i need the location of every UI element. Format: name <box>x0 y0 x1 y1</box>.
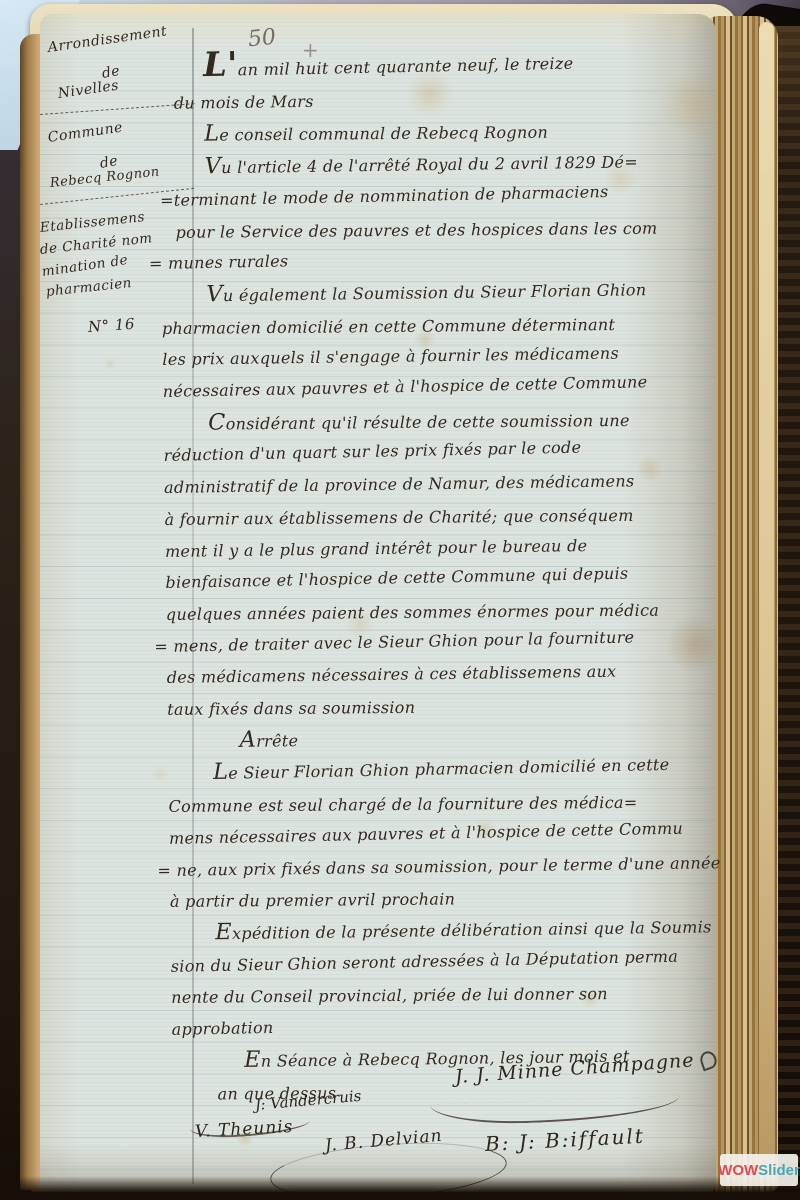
watermark: WOWSlider <box>720 1154 798 1186</box>
margin-subject-line: de Charité nom <box>39 230 153 258</box>
margin-subject-line: pharmacien <box>45 275 132 300</box>
book-photograph: 50 + Arrondissement de Nivelles Commune … <box>0 0 800 1200</box>
signature-theunis: V. Theunis <box>194 1117 293 1142</box>
manuscript-line: du mois de Mars <box>159 80 715 119</box>
margin-arrondissement-line: Nivelles <box>57 78 120 102</box>
watermark-slider-text: Slider <box>758 1162 800 1179</box>
manuscript-page: 50 + Arrondissement de Nivelles Commune … <box>40 14 716 1190</box>
manuscript-line: = ne, aux prix fixés dans sa soumission,… <box>157 847 725 887</box>
act-number: N° 16 <box>87 315 135 336</box>
margin-commune-line: Commune <box>47 120 124 146</box>
manuscript-line: des médicamens nécessaires à ces établis… <box>167 655 723 694</box>
manuscript-line: administratif de la province de Namur, d… <box>164 464 720 503</box>
watermark-wow-text: WOW <box>718 1162 758 1179</box>
paraph-flourish-icon <box>698 1049 719 1071</box>
manuscript-line: Vu également la Soumission du Sieur Flor… <box>161 272 717 312</box>
margin-arrondissement-line: Arrondissement <box>47 23 168 56</box>
manuscript-body: L'an mil huit cent quarante neuf, le tre… <box>158 42 729 1110</box>
signature-biffault: B: J: B:iffault <box>484 1124 645 1156</box>
photo-bottom-shadow <box>0 1176 800 1200</box>
